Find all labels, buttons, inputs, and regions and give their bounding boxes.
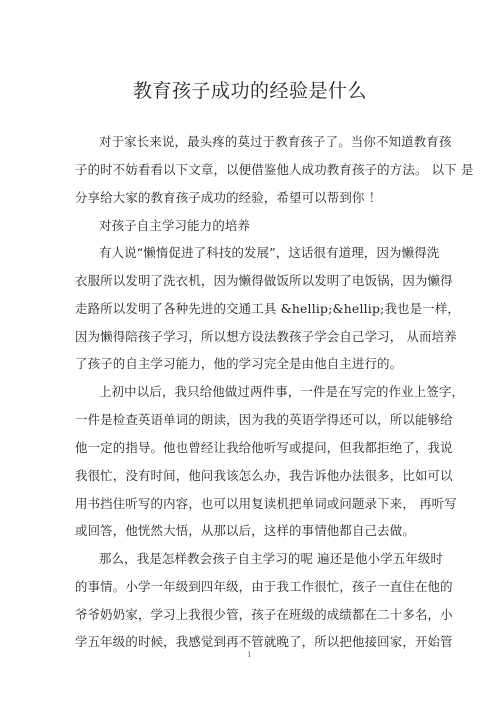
paragraph-line: 或回答，他恍然大悟，从那以后，这样的事情他都自己去做。 — [75, 521, 415, 539]
paragraph-line: 上初中以后，我只给他做过两件事，一件是在写完的作业上签字， — [99, 382, 464, 400]
paragraph-line: 他一定的指导。他也曾经让我给他听写或提问，但我都拒绝了，我说 — [75, 438, 453, 456]
paragraph-line: 对孩子自主学习能力的培养 — [99, 216, 250, 234]
paragraph-line: 因为懒得陪孩子学习，所以想方设法教孩子学会自己学习， 从而培养 — [75, 327, 457, 345]
paragraph-line: 子的时不妨看看以下文章，以便借鉴他人成功教育孩子的方法。 以下 是 — [75, 160, 474, 178]
paragraph-line: 那么，我是怎样教会孩子自主学习的呢 遍还是他小学五年级时 — [99, 549, 443, 567]
document-page: 教育孩子成功的经验是什么 对于家长来说，最头疼的莫过于教育孩子了。当你不知道教育… — [0, 0, 500, 708]
paragraph-line: 分享给大家的教育孩子成功的经验，希望可以帮到你 ！ — [75, 188, 381, 206]
paragraph-line: 我很忙，没有时间，他问我该怎么办，我告诉他办法很多，比如可以 — [75, 466, 453, 484]
paragraph-line: 学五年级的时候，我感觉到再不管就晚了，所以把他接回家，开始管 — [75, 632, 453, 650]
paragraph-line: 有人说“懒惰促进了科技的发展”，这话很有道理，因为懒得洗 — [99, 243, 439, 261]
document-title: 教育孩子成功的经验是什么 — [0, 76, 500, 103]
paragraph-line: 一件是检查英语单词的朗读，因为我的英语学得还可以，所以能够给 — [75, 410, 453, 428]
page-number: i — [248, 650, 251, 659]
paragraph-line: 了孩子的自主学习能力，他的学习完全是由他自主进行的。 — [75, 354, 402, 372]
paragraph-line: 衣服所以发明了洗衣机，因为懒得做饭所以发明了电饭锅，因为懒得 — [75, 271, 453, 289]
paragraph-line: 走路所以发明了各种先进的交通工具 &hellip;&hellip;我也是一样， — [75, 299, 460, 317]
paragraph-line: 爷爷奶奶家，学习上我很少管，孩子在班级的成绩都在二十多名，小 — [75, 605, 453, 623]
paragraph-line: 用书挡住听写的内容，也可以用复读机把单词或问题录下来， 再听写 — [75, 494, 457, 512]
paragraph-line: 对于家长来说，最头疼的莫过于教育孩子了。当你不知道教育孩 — [99, 132, 452, 150]
paragraph-line: 的事情。小学一年级到四年级，由于我工作很忙，孩子一直住在他的 — [75, 577, 453, 595]
